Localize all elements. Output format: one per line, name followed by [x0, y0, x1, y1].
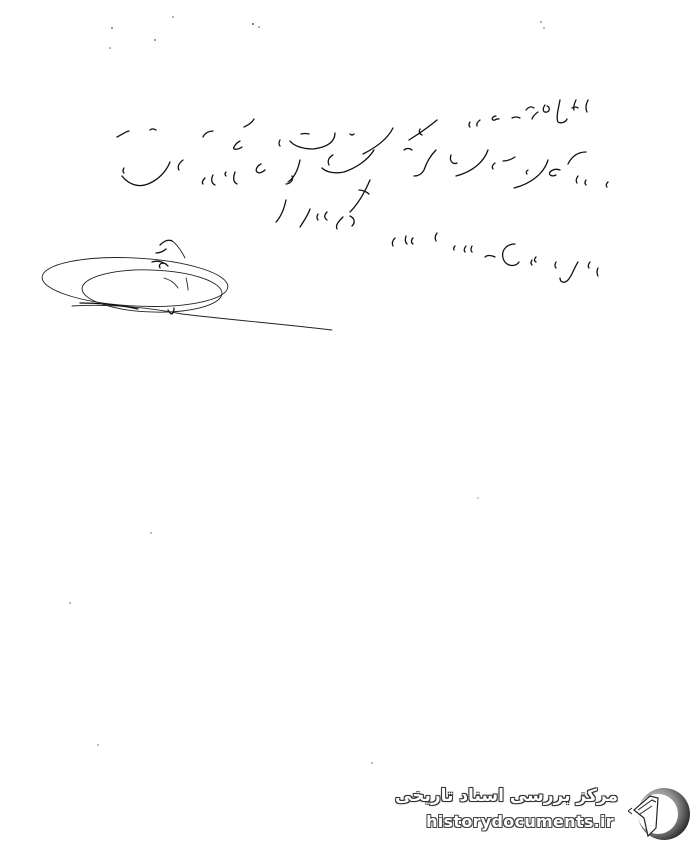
watermark-title: مرکز بررسی اسناد تاریخی [395, 786, 618, 806]
watermark: مرکز بررسی اسناد تاریخی historydocuments… [412, 784, 694, 840]
handwriting-ink [0, 0, 700, 844]
scanned-document-page: مرکز بررسی اسناد تاریخی historydocuments… [0, 0, 700, 844]
handwriting-line-3 [276, 180, 455, 250]
signature [41, 240, 332, 330]
handwriting-line-1 [117, 100, 588, 154]
handwriting-line-2 [122, 149, 608, 189]
scan-specks [69, 16, 544, 764]
watermark-site: historydocuments.ir [426, 812, 614, 831]
handwriting-line-4 [464, 244, 598, 282]
document-pages-in-circle-icon [628, 784, 690, 842]
